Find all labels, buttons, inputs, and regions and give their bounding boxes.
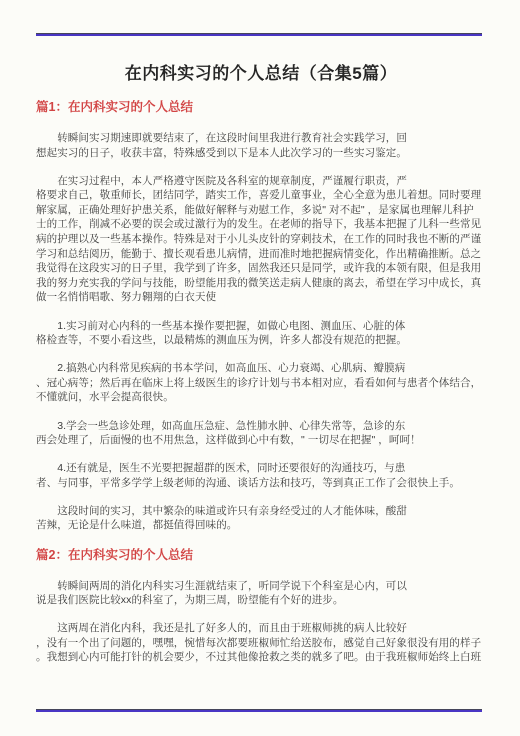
page-title: 在内科实习的个人总结（合集5篇） [36, 62, 486, 86]
paragraph: 转瞬间实习期速即就要结束了，在这段时间里我进行教育社会实践学习，回 想起实习的日… [36, 131, 486, 160]
essay-section-2: 篇2：在内科实习的个人总结 转瞬间两周的消化内科实习生涯就结束了，听同学说下个科… [36, 547, 486, 665]
paragraph: 4.还有就是，医生不光要把握超群的医术，同时还要很好的沟通技巧，与患 者、与同事… [36, 461, 486, 490]
essay-section-1: 篇1：在内科实习的个人总结 转瞬间实习期速即就要结束了，在这段时间里我进行教育社… [36, 99, 486, 533]
section-1-heading: 篇1：在内科实习的个人总结 [36, 99, 486, 116]
top-divider [36, 33, 482, 36]
section-2-heading: 篇2：在内科实习的个人总结 [36, 547, 486, 564]
paragraph: 2.搞熟心内科常见疾病的书本学问，如高血压、心力衰竭、心肌病、瓣膜病 、冠心病等… [36, 361, 486, 405]
paragraph: 在实习过程中，本人严格遵守医院及各科室的规章制度，严谨履行职责，严 格要求自己，… [36, 174, 486, 305]
document-page: 在内科实习的个人总结（合集5篇） 篇1：在内科实习的个人总结 转瞬间实习期速即就… [36, 33, 486, 712]
paragraph: 3.学会一些急诊处理，如高血压急症、急性肺水肿、心律失常等，急诊的东 西会处理了… [36, 419, 486, 448]
bottom-divider [36, 709, 482, 712]
paragraph: 这段时间的实习，其中繁杂的味道或许只有亲身经受过的人才能体味，酸甜 苦辣，无论是… [36, 504, 486, 533]
paragraph: 这两周在消化内科，我还是扎了好多人的，而且由于班椒师挑的病人比较好 ，没有一个出… [36, 621, 486, 665]
paragraph: 转瞬间两周的消化内科实习生涯就结束了，听同学说下个科室是心内，可以 说是我们医院… [36, 579, 486, 608]
paragraph: 1.实习前对心内科的一些基本操作要把握，如做心电图、测血压、心脏的体 格检查等，… [36, 319, 486, 348]
